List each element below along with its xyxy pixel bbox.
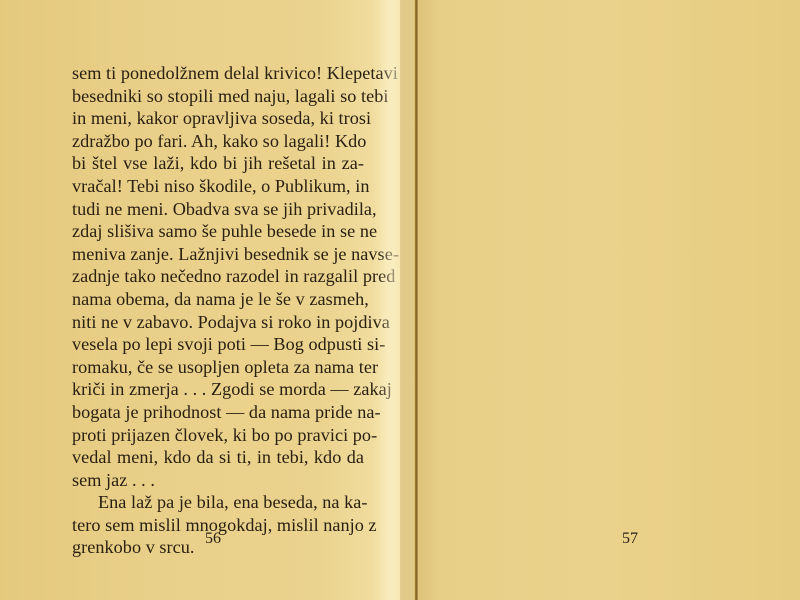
text-line: zdražbo po fari. Ah, kako so lagali! Kdo — [72, 130, 364, 153]
text-line: in meni, kakor opravljiva soseda, ki tro… — [72, 107, 364, 130]
text-line: zdaj slišiva samo še puhle besede in se … — [72, 220, 364, 243]
book-spine-fold — [415, 0, 418, 600]
text-line: tudi ne meni. Obadva sva se jih privadil… — [72, 198, 364, 221]
text-line: nama obema, da nama je le še v zasmeh, — [72, 288, 364, 311]
text-line: niti ne v zabavo. Podajva si roko in poj… — [72, 311, 364, 334]
page-number-right: 57 — [610, 530, 650, 548]
right-page: „Ne ljubiš domovine, tujec si, brezdo- m… — [400, 0, 800, 600]
page-number-left: 56 — [193, 530, 233, 548]
text-line: vračal! Tebi niso škodile, o Publikum, i… — [72, 175, 364, 198]
text-line: bogata je prihodnost — da nama pride na- — [72, 401, 364, 424]
text-line: romaku, če se usopljen opleta za nama te… — [72, 356, 364, 379]
text-line: zadnje tako nečedno razodel in razgalil … — [72, 265, 364, 288]
text-line: besedniki so stopili med naju, lagali so… — [72, 85, 364, 108]
book-spread: sem ti ponedolžnem delal krivico! Klepet… — [0, 0, 800, 600]
text-line: kriči in zmerja . . . Zgodi se morda — z… — [72, 378, 364, 401]
text-line: sem ti ponedolžnem delal krivico! Klepet… — [72, 62, 364, 85]
text-line: sem jaz . . . — [72, 469, 364, 492]
text-line: vesela po lepi svoji poti — Bog odpusti … — [72, 333, 364, 356]
left-page: sem ti ponedolžnem delal krivico! Klepet… — [0, 0, 400, 600]
text-line: vedal meni, kdo da si ti, in tebi, kdo d… — [72, 446, 364, 469]
text-line: meniva zanje. Lažnjivi besednik se je na… — [72, 243, 364, 266]
left-page-text: sem ti ponedolžnem delal krivico! Klepet… — [72, 62, 364, 559]
text-line: bi štel vse laži, kdo bi jih rešetal in … — [72, 152, 364, 175]
text-line: Ena laž pa je bila, ena beseda, na ka- — [72, 491, 364, 514]
text-line: proti prijazen človek, ki bo po pravici … — [72, 424, 364, 447]
gutter-highlight — [378, 0, 414, 600]
